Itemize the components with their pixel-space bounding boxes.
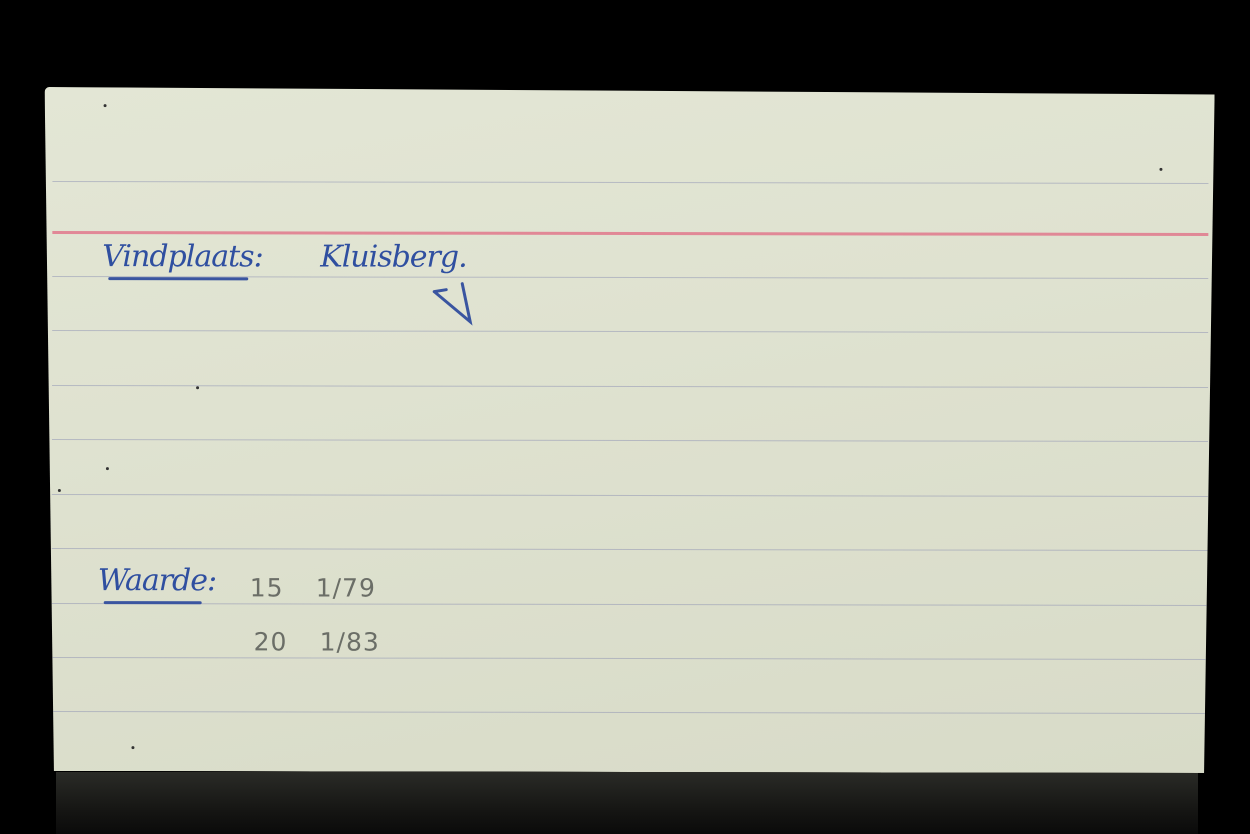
speck [104,104,107,107]
ruled-line [52,711,1208,714]
index-card: Vindplaats: Kluisberg. Waarde: 15 1/79 2… [43,87,1214,773]
location-label: Vindplaats: [102,239,262,274]
speck [196,386,199,389]
ruled-line [52,181,1208,184]
ruled-line [52,603,1208,606]
value-amount-1: 15 [250,573,284,602]
value-date-2: 1/83 [320,627,380,656]
table-surface-reflection [56,772,1198,834]
value-amount-2: 20 [254,627,288,656]
margin-red-line [52,231,1208,236]
speck [58,489,61,492]
speck [106,467,109,470]
ruled-line [52,439,1208,442]
ruled-line [52,657,1208,660]
speck [1159,168,1162,171]
speck [131,746,134,749]
value-date-1: 1/79 [316,573,376,602]
value-label: Waarde: [98,563,216,598]
ruled-line [52,385,1208,388]
ruled-line [52,494,1208,497]
location-value: Kluisberg. [320,239,466,274]
checkmark-icon [430,282,480,332]
ruled-line [52,330,1208,333]
ruled-line [52,548,1208,551]
